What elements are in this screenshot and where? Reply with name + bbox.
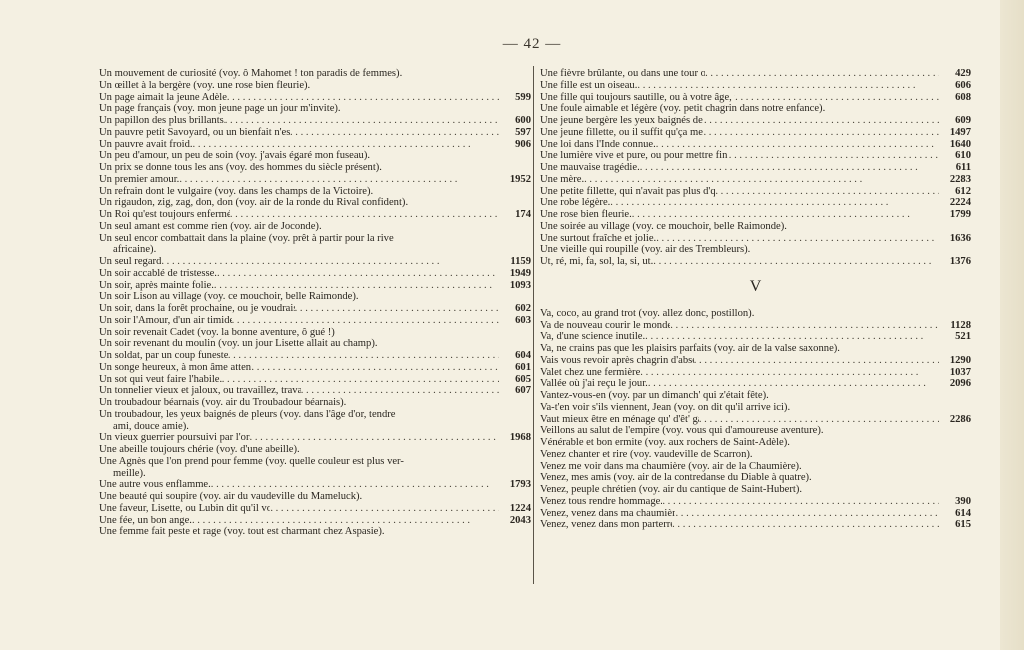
entry-title: Vais vous revoir après chagrin d'absence… bbox=[540, 355, 694, 367]
entry-title: Un vieux guerrier poursuivi par l'orage. bbox=[99, 432, 250, 444]
entry-title: Venez, venez dans ma chaumière. bbox=[540, 508, 675, 520]
entry-title: Une mauvaise tragédie. bbox=[540, 162, 640, 174]
index-entry: Un prix se donne tous les ans (voy. des … bbox=[99, 162, 531, 174]
index-entry: Une robe légère.2224 bbox=[540, 197, 971, 209]
entry-title: Vantez-vous-en (voy. par un dimanch' qui… bbox=[540, 390, 769, 402]
index-entry: Un Roi qu'est toujours enfermé.174 bbox=[99, 209, 531, 221]
dot-leader bbox=[217, 268, 499, 280]
entry-page-number: 601 bbox=[499, 362, 531, 374]
dot-leader bbox=[301, 385, 499, 397]
section-heading-v: V bbox=[540, 277, 971, 297]
entry-title: Va-t'en voir s'ils viennent, Jean (voy. … bbox=[540, 402, 790, 414]
index-entry: Un soir revenant du moulin (voy. un jour… bbox=[99, 338, 531, 350]
entry-page-number: 1290 bbox=[939, 355, 971, 367]
index-entry: Veillons au salut de l'empire (voy. vous… bbox=[540, 425, 971, 437]
entry-title: Ut, ré, mi, fa, sol, la, si, ut. bbox=[540, 256, 653, 268]
index-entry: Un vieux guerrier poursuivi par l'orage.… bbox=[99, 432, 531, 444]
entry-page-number: 174 bbox=[499, 209, 531, 221]
dot-leader bbox=[662, 496, 939, 508]
entry-title: Veillons au salut de l'empire (voy. vous… bbox=[540, 425, 824, 437]
dot-leader bbox=[290, 127, 499, 139]
entry-title: Un soldat, par un coup funeste. bbox=[99, 350, 228, 362]
entry-title: Une fille est un oiseau. bbox=[540, 80, 637, 92]
entry-continuation: meille). bbox=[99, 468, 531, 480]
entry-title: Un soir revenait Cadet (voy. la bonne av… bbox=[99, 327, 335, 339]
index-entry: Un papillon des plus brillants.600 bbox=[99, 115, 531, 127]
entry-page-number: 429 bbox=[939, 68, 971, 80]
dot-leader bbox=[729, 150, 939, 162]
entry-title: Venez, peuple chrétien (voy. air du cant… bbox=[540, 484, 802, 496]
entry-title: Un tonnelier vieux et jaloux, ou travail… bbox=[99, 385, 301, 397]
entry-title: Une faveur, Lisette, ou Lubin dit qu'il … bbox=[99, 503, 270, 515]
entry-page-number: 521 bbox=[939, 331, 971, 343]
index-entry: Venez, mes amis (voy. air de la contreda… bbox=[540, 472, 971, 484]
entry-page-number: 1376 bbox=[939, 256, 971, 268]
entry-page-number: 2224 bbox=[939, 197, 971, 209]
entry-title: Un songe heureux, à mon âme attendrie. bbox=[99, 362, 251, 374]
index-entry: Va de nouveau courir le monde.1128 bbox=[540, 320, 971, 332]
entry-page-number: 1159 bbox=[499, 256, 531, 268]
index-entry: Un page aimait la jeune Adèle.599 bbox=[99, 92, 531, 104]
dot-leader bbox=[232, 315, 499, 327]
dot-leader bbox=[670, 320, 939, 332]
index-entry: Vallée où j'ai reçu le jour.2096 bbox=[540, 378, 971, 390]
dot-leader bbox=[192, 515, 499, 527]
index-entry: Un troubadour, les yeux baignés de pleur… bbox=[99, 409, 531, 433]
entry-page-number: 597 bbox=[499, 127, 531, 139]
index-entry: Une autre vous enflamme.1793 bbox=[99, 479, 531, 491]
index-entry: Un tonnelier vieux et jaloux, ou travail… bbox=[99, 385, 531, 397]
dot-leader bbox=[214, 280, 499, 292]
dot-leader bbox=[230, 209, 499, 221]
index-entry: Un pauvre avait froid.906 bbox=[99, 139, 531, 151]
index-entry: Une faveur, Lisette, ou Lubin dit qu'il … bbox=[99, 503, 531, 515]
index-column-right: Une fièvre brûlante, ou dans une tour ob… bbox=[540, 68, 971, 531]
index-column-left: Un mouvement de curiosité (voy. ô Mahome… bbox=[99, 68, 531, 538]
index-entry: Ut, ré, mi, fa, sol, la, si, ut.1376 bbox=[540, 256, 971, 268]
dot-leader bbox=[672, 519, 939, 531]
entry-title: Un Roi qu'est toujours enfermé. bbox=[99, 209, 230, 221]
entry-page-number: 1497 bbox=[939, 127, 971, 139]
index-entry: Va, ne crains pas que les plaisirs parfa… bbox=[540, 343, 971, 355]
dot-leader bbox=[632, 209, 939, 221]
index-entry: Vénérable et bon ermite (voy. aux rocher… bbox=[540, 437, 971, 449]
index-entry: Un soir, après mainte folie.1093 bbox=[99, 280, 531, 292]
entry-page-number: 614 bbox=[939, 508, 971, 520]
entry-title: Un seul encor combattait dans la plaine … bbox=[99, 233, 531, 245]
index-entry: Une abeille toujours chérie (voy. d'une … bbox=[99, 444, 531, 456]
entry-page-number: 1949 bbox=[499, 268, 531, 280]
entry-title: Un page français (voy. mon jeune page un… bbox=[99, 103, 341, 115]
entry-title: Un soir revenant du moulin (voy. un jour… bbox=[99, 338, 378, 350]
dot-leader bbox=[270, 503, 499, 515]
index-entry: Un œillet à la bergère (voy. une rose bi… bbox=[99, 80, 531, 92]
index-entry: Un seul amant est comme rien (voy. air d… bbox=[99, 221, 531, 233]
index-entry: Un page français (voy. mon jeune page un… bbox=[99, 103, 531, 115]
entry-page-number: 2096 bbox=[939, 378, 971, 390]
entry-page-number: 2283 bbox=[939, 174, 971, 186]
index-entry: Une mauvaise tragédie.611 bbox=[540, 162, 971, 174]
entry-title: Un troubadour, les yeux baignés de pleur… bbox=[99, 409, 531, 421]
page-number: — 42 — bbox=[0, 36, 1024, 53]
index-entry: Une loi dans l'Inde connue.1640 bbox=[540, 139, 971, 151]
index-entry: Une jeune fillette, ou il suffit qu'ça m… bbox=[540, 127, 971, 139]
entry-title: Un papillon des plus brillants. bbox=[99, 115, 225, 127]
index-entry: Une soirée au village (voy. ce mouchoir,… bbox=[540, 221, 971, 233]
entry-title: Un prix se donne tous les ans (voy. des … bbox=[99, 162, 382, 174]
column-divider bbox=[533, 66, 534, 584]
entry-continuation: ami, douce amie). bbox=[99, 421, 531, 433]
dot-leader bbox=[228, 350, 499, 362]
entry-page-number: 615 bbox=[939, 519, 971, 531]
entry-title: Une autre vous enflamme. bbox=[99, 479, 211, 491]
dot-leader bbox=[640, 162, 939, 174]
entry-page-number: 1640 bbox=[939, 139, 971, 151]
index-entry: Venez, venez dans ma chaumière.614 bbox=[540, 508, 971, 520]
index-entry: Venez tous rendre hommage.390 bbox=[540, 496, 971, 508]
entry-title: Un troubadour béarnais (voy. air du Trou… bbox=[99, 397, 346, 409]
entry-title: Vallée où j'ai reçu le jour. bbox=[540, 378, 648, 390]
entry-page-number: 602 bbox=[499, 303, 531, 315]
dot-leader bbox=[704, 115, 939, 127]
index-entry: Venez, venez dans mon parterre.615 bbox=[540, 519, 971, 531]
index-entry: Un soir accablé de tristesse.1949 bbox=[99, 268, 531, 280]
index-entry: Un troubadour béarnais (voy. air du Trou… bbox=[99, 397, 531, 409]
dot-leader bbox=[179, 174, 499, 186]
index-entry: Une vieille qui roupille (voy. air des T… bbox=[540, 244, 971, 256]
dot-leader bbox=[211, 479, 499, 491]
index-entry: Un soir l'Amour, d'un air timide.603 bbox=[99, 315, 531, 327]
entry-title: Une jeune bergère les yeux baignés de pl… bbox=[540, 115, 704, 127]
entry-title: Un soir, dans la forêt prochaine, ou je … bbox=[99, 303, 295, 315]
index-entry: Une fée, un bon ange.2043 bbox=[99, 515, 531, 527]
entry-title: Un rigaudon, zig, zag, don, don (voy. ai… bbox=[99, 197, 408, 209]
dot-leader bbox=[637, 80, 939, 92]
dot-leader bbox=[699, 414, 939, 426]
index-entry: Va, d'une science inutile.521 bbox=[540, 331, 971, 343]
entry-page-number: 1952 bbox=[499, 174, 531, 186]
entry-page-number: 1636 bbox=[939, 233, 971, 245]
entry-page-number: 2286 bbox=[939, 414, 971, 426]
index-entry: Une fille qui toujours sautille, ou à vo… bbox=[540, 92, 971, 104]
index-entry: Un refrain dont le vulgaire (voy. dans l… bbox=[99, 186, 531, 198]
index-entry: Venez chanter et rire (voy. vaudeville d… bbox=[540, 449, 971, 461]
entry-page-number: 1224 bbox=[499, 503, 531, 515]
entry-page-number: 608 bbox=[939, 92, 971, 104]
index-entry: Une surtout fraîche et jolie.1636 bbox=[540, 233, 971, 245]
dot-leader bbox=[715, 186, 939, 198]
entry-title: Va, d'une science inutile. bbox=[540, 331, 645, 343]
entry-page-number: 1799 bbox=[939, 209, 971, 221]
entry-title: Un œillet à la bergère (voy. une rose bi… bbox=[99, 80, 310, 92]
index-entry: Un soir Lison au village (voy. ce moucho… bbox=[99, 291, 531, 303]
entry-title: Un peu d'amour, un peu de soin (voy. j'a… bbox=[99, 150, 370, 162]
dot-leader bbox=[610, 197, 939, 209]
index-entry: Un rigaudon, zig, zag, don, don (voy. ai… bbox=[99, 197, 531, 209]
entry-page-number: 607 bbox=[499, 385, 531, 397]
index-entry: Un seul encor combattait dans la plaine … bbox=[99, 233, 531, 257]
entry-page-number: 1793 bbox=[499, 479, 531, 491]
entry-title: Un premier amour. bbox=[99, 174, 179, 186]
entry-page-number: 609 bbox=[939, 115, 971, 127]
index-entry: Vantez-vous-en (voy. par un dimanch' qui… bbox=[540, 390, 971, 402]
index-entry: Une femme fait peste et rage (voy. tout … bbox=[99, 526, 531, 538]
dot-leader bbox=[705, 68, 939, 80]
entry-title: Un soir Lison au village (voy. ce moucho… bbox=[99, 291, 359, 303]
dot-leader bbox=[640, 367, 939, 379]
entry-title: Valet chez une fermière bbox=[540, 367, 640, 379]
entry-title: Une loi dans l'Inde connue. bbox=[540, 139, 656, 151]
entry-page-number: 604 bbox=[499, 350, 531, 362]
dot-leader bbox=[735, 92, 939, 104]
entry-title: Une robe légère. bbox=[540, 197, 610, 209]
entry-title: Une rose bien fleurie. bbox=[540, 209, 632, 221]
dot-leader bbox=[656, 139, 939, 151]
index-entry: Va-t'en voir s'ils viennent, Jean (voy. … bbox=[540, 402, 971, 414]
entry-title: Une femme fait peste et rage (voy. tout … bbox=[99, 526, 385, 538]
index-entry: Une foule aimable et légère (voy. petit … bbox=[540, 103, 971, 115]
entry-title: Un pauvre petit Savoyard, ou un bienfait… bbox=[99, 127, 290, 139]
entry-title: Une jeune fillette, ou il suffit qu'ça m… bbox=[540, 127, 703, 139]
entry-title: Un page aimait la jeune Adèle. bbox=[99, 92, 227, 104]
index-entry: Venez, peuple chrétien (voy. air du cant… bbox=[540, 484, 971, 496]
entry-title: Une fièvre brûlante, ou dans une tour ob… bbox=[540, 68, 705, 80]
entry-title: Un seul regard bbox=[99, 256, 161, 268]
entry-title: Un soir l'Amour, d'un air timide. bbox=[99, 315, 232, 327]
entry-title: Une Agnès que l'on prend pour femme (voy… bbox=[99, 456, 531, 468]
index-entry: Va, coco, au grand trot (voy. allez donc… bbox=[540, 308, 971, 320]
entry-title: Un seul amant est comme rien (voy. air d… bbox=[99, 221, 322, 233]
index-entry: Un seul regard1159 bbox=[99, 256, 531, 268]
dot-leader bbox=[584, 174, 939, 186]
entry-page-number: 1093 bbox=[499, 280, 531, 292]
entry-title: Une lumière vive et pure, ou pour mettre… bbox=[540, 150, 729, 162]
entry-title: Va de nouveau courir le monde. bbox=[540, 320, 670, 332]
entry-title: Une surtout fraîche et jolie. bbox=[540, 233, 656, 245]
dot-leader bbox=[193, 139, 499, 151]
index-entry: Un pauvre petit Savoyard, ou un bienfait… bbox=[99, 127, 531, 139]
entry-page-number: 1968 bbox=[499, 432, 531, 444]
entry-title: Un mouvement de curiosité (voy. ô Mahome… bbox=[99, 68, 402, 80]
entry-title: Un refrain dont le vulgaire (voy. dans l… bbox=[99, 186, 373, 198]
index-entry: Une fille est un oiseau.606 bbox=[540, 80, 971, 92]
index-entry: Un songe heureux, à mon âme attendrie.60… bbox=[99, 362, 531, 374]
index-entry: Un peu d'amour, un peu de soin (voy. j'a… bbox=[99, 150, 531, 162]
entry-title: Une mère. bbox=[540, 174, 584, 186]
entry-page-number: 390 bbox=[939, 496, 971, 508]
dot-leader bbox=[225, 115, 499, 127]
dot-leader bbox=[227, 92, 499, 104]
index-entry: Une lumière vive et pure, ou pour mettre… bbox=[540, 150, 971, 162]
entry-title: Venez, venez dans mon parterre. bbox=[540, 519, 672, 531]
dot-leader bbox=[656, 233, 939, 245]
entry-continuation: africaine). bbox=[99, 244, 531, 256]
entry-page-number: 906 bbox=[499, 139, 531, 151]
entry-page-number: 611 bbox=[939, 162, 971, 174]
entry-title: Va, ne crains pas que les plaisirs parfa… bbox=[540, 343, 840, 355]
entry-title: Venez chanter et rire (voy. vaudeville d… bbox=[540, 449, 753, 461]
entry-title: Un pauvre avait froid. bbox=[99, 139, 193, 151]
entry-page-number: 603 bbox=[499, 315, 531, 327]
entry-title: Venez, mes amis (voy. air de la contreda… bbox=[540, 472, 812, 484]
entry-page-number: 2043 bbox=[499, 515, 531, 527]
entry-title: Un sot qui veut faire l'habile. bbox=[99, 374, 222, 386]
index-entry: Une petite fillette, qui n'avait pas plu… bbox=[540, 186, 971, 198]
entry-page-number: 600 bbox=[499, 115, 531, 127]
dot-leader bbox=[161, 256, 499, 268]
dot-leader bbox=[648, 378, 939, 390]
dot-leader bbox=[222, 374, 499, 386]
index-entry: Vaut mieux être en ménage qu' d'êt' garç… bbox=[540, 414, 971, 426]
index-entry: Une fièvre brûlante, ou dans une tour ob… bbox=[540, 68, 971, 80]
page-edge bbox=[1000, 0, 1024, 650]
index-entry: Un soldat, par un coup funeste.604 bbox=[99, 350, 531, 362]
dot-leader bbox=[295, 303, 499, 315]
entry-page-number: 606 bbox=[939, 80, 971, 92]
entry-title: Une abeille toujours chérie (voy. d'une … bbox=[99, 444, 300, 456]
entry-page-number: 612 bbox=[939, 186, 971, 198]
entry-page-number: 1037 bbox=[939, 367, 971, 379]
entry-title: Un soir accablé de tristesse. bbox=[99, 268, 217, 280]
index-entry: Une beauté qui soupire (voy. air du vaud… bbox=[99, 491, 531, 503]
entry-title: Venez me voir dans ma chaumière (voy. ai… bbox=[540, 461, 802, 473]
index-entry: Un mouvement de curiosité (voy. ô Mahome… bbox=[99, 68, 531, 80]
entry-title: Vaut mieux être en ménage qu' d'êt' garç… bbox=[540, 414, 699, 426]
index-entry: Une Agnès que l'on prend pour femme (voy… bbox=[99, 456, 531, 480]
index-entry: Vais vous revoir après chagrin d'absence… bbox=[540, 355, 971, 367]
dot-leader bbox=[250, 432, 499, 444]
entry-title: Une soirée au village (voy. ce mouchoir,… bbox=[540, 221, 787, 233]
entry-page-number: 605 bbox=[499, 374, 531, 386]
dot-leader bbox=[703, 127, 939, 139]
entry-page-number: 610 bbox=[939, 150, 971, 162]
index-entry: Un premier amour.1952 bbox=[99, 174, 531, 186]
entry-title: Une vieille qui roupille (voy. air des T… bbox=[540, 244, 750, 256]
index-entry: Un sot qui veut faire l'habile.605 bbox=[99, 374, 531, 386]
dot-leader bbox=[653, 256, 939, 268]
index-entry: Un soir revenait Cadet (voy. la bonne av… bbox=[99, 327, 531, 339]
entry-page-number: 599 bbox=[499, 92, 531, 104]
entry-title: Une beauté qui soupire (voy. air du vaud… bbox=[99, 491, 362, 503]
dot-leader bbox=[251, 362, 499, 374]
entry-title: Un soir, après mainte folie. bbox=[99, 280, 214, 292]
index-entry: Une jeune bergère les yeux baignés de pl… bbox=[540, 115, 971, 127]
dot-leader bbox=[645, 331, 939, 343]
entry-page-number: 1128 bbox=[939, 320, 971, 332]
dot-leader bbox=[675, 508, 939, 520]
entry-title: Une petite fillette, qui n'avait pas plu… bbox=[540, 186, 715, 198]
entry-title: Va, coco, au grand trot (voy. allez donc… bbox=[540, 308, 754, 320]
entry-title: Vénérable et bon ermite (voy. aux rocher… bbox=[540, 437, 790, 449]
entry-title: Une foule aimable et légère (voy. petit … bbox=[540, 103, 825, 115]
entry-title: Une fée, un bon ange. bbox=[99, 515, 192, 527]
index-entry: Une rose bien fleurie.1799 bbox=[540, 209, 971, 221]
index-entry: Venez me voir dans ma chaumière (voy. ai… bbox=[540, 461, 971, 473]
dot-leader bbox=[694, 355, 939, 367]
index-entry: Une mère.2283 bbox=[540, 174, 971, 186]
entry-title: Venez tous rendre hommage. bbox=[540, 496, 662, 508]
index-entry: Un soir, dans la forêt prochaine, ou je … bbox=[99, 303, 531, 315]
index-entry: Valet chez une fermière1037 bbox=[540, 367, 971, 379]
entry-title: Une fille qui toujours sautille, ou à vo… bbox=[540, 92, 735, 104]
